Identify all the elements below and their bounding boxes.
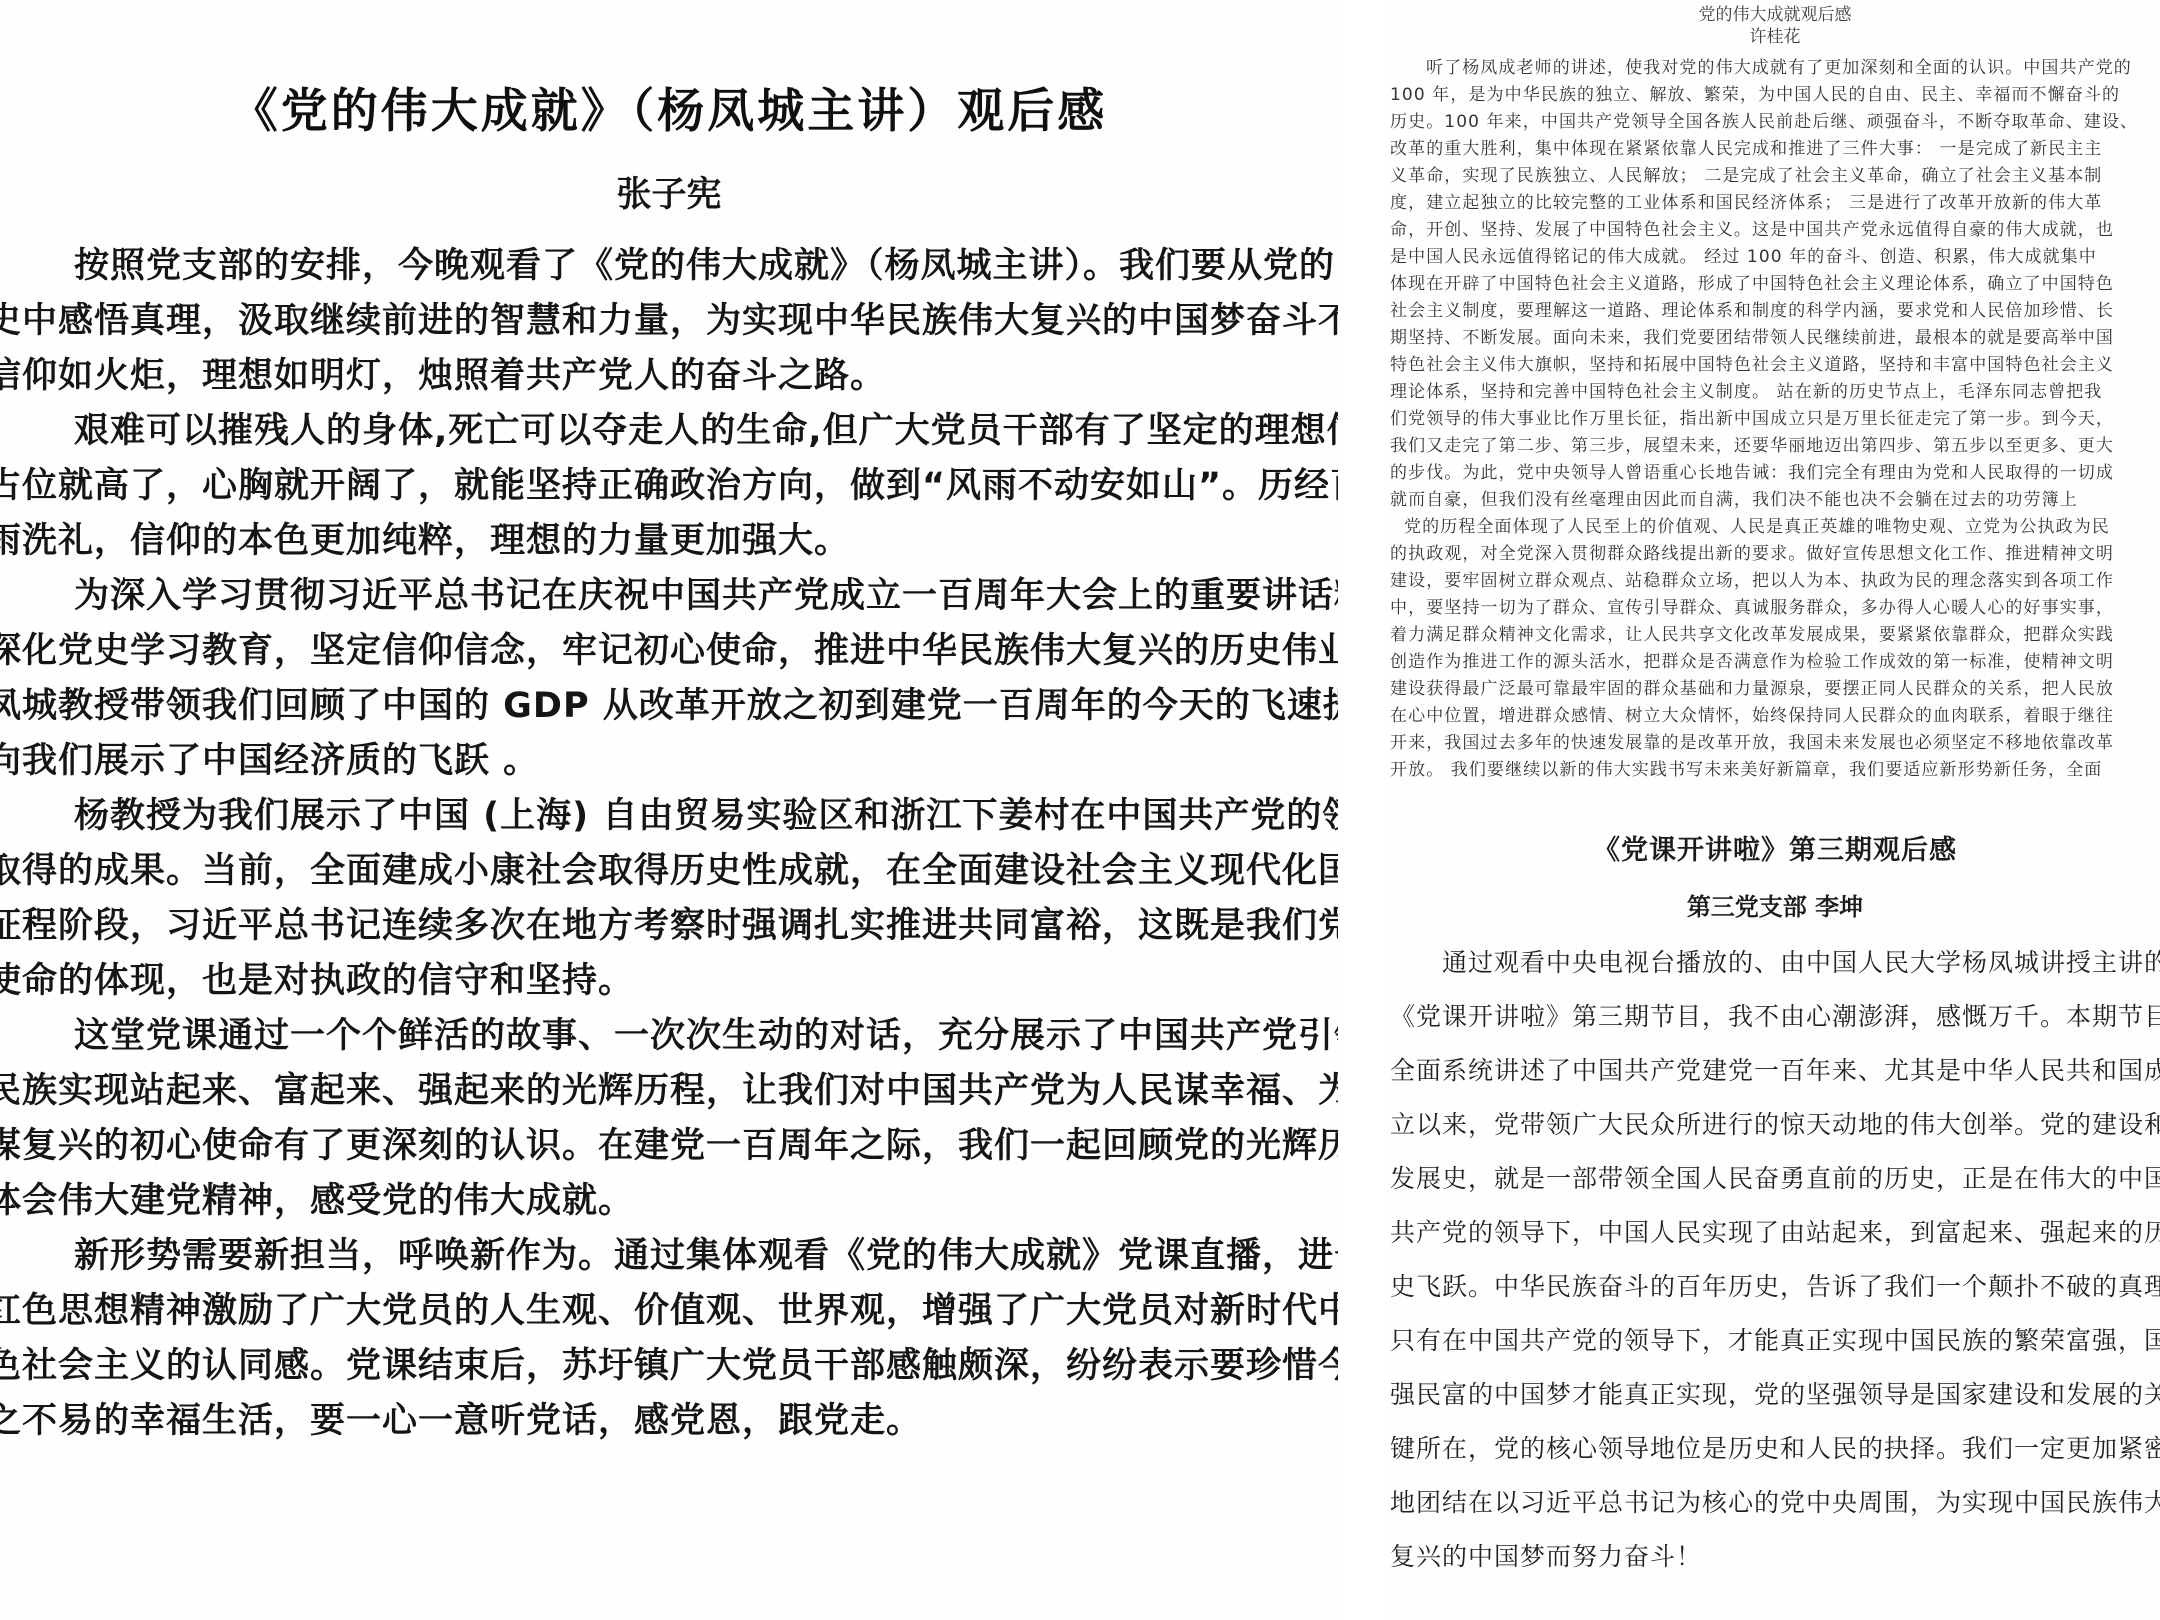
text-line: 通过观看中央电视台播放的、由中国人民大学杨凤城讲授主讲的	[1390, 936, 2160, 990]
text-line: 红色思想精神激励了广大党员的人生观、价值观、世界观，增强了广大党员对新时代中	[0, 1284, 1338, 1339]
text-line: 听了杨凤成老师的讲述，使我对党的伟大成就有了更加深刻和全面的认识。中国共产党的	[1390, 55, 2160, 82]
text-line: 之不易的幸福生活，要一心一意听党话，感党恩，跟党走。	[0, 1394, 1338, 1449]
text-line: 新形势需要新担当，呼唤新作为。通过集体观看《党的伟大成就》党课直播，进一	[0, 1229, 1338, 1284]
text-line: 深化党史学习教育，坚定信仰信念，牢记初心使命，推进中华民族伟大复兴的历史伟业	[0, 624, 1338, 679]
section2-body: 通过观看中央电视台播放的、由中国人民大学杨凤城讲授主讲的《党课开讲啦》第三期节目…	[1390, 936, 2160, 1584]
text-line: 的步伐。为此，党中央领导人曾语重心长地告诫：我们完全有理由为党和人民取得的一切成	[1390, 460, 2160, 487]
text-line: 雨洗礼，信仰的本色更加纯粹，理想的力量更加强大。	[0, 514, 1338, 569]
section1-title: 党的伟大成就观后感	[1390, 4, 2160, 26]
text-line: 地团结在以习近平总书记为核心的党中央周围，为实现中国民族伟大	[1390, 1476, 2160, 1530]
text-line: 期坚持、不断发展。面向未来，我们党要团结带领人民继续前进，最根本的就是要高举中国	[1390, 325, 2160, 352]
section2-author: 第三党支部 李坤	[1390, 887, 2160, 922]
section2-title: 《党课开讲啦》第三期观后感	[1390, 828, 2160, 867]
text-line: 的执政观，对全党深入贯彻群众路线提出新的要求。做好宣传思想文化工作、推进精神文明	[1390, 541, 2160, 568]
text-line: 建设获得最广泛最可靠最牢固的群众基础和力量源泉，要摆正同人民群众的关系，把人民放	[1390, 676, 2160, 703]
section1-body: 听了杨凤成老师的讲述，使我对党的伟大成就有了更加深刻和全面的认识。中国共产党的1…	[1390, 55, 2160, 784]
text-line: 开来，我国过去多年的快速发展靠的是改革开放，我国未来发展也必须坚定不移地依靠改革	[1390, 730, 2160, 757]
text-line: 复兴的中国梦而努力奋斗！	[1390, 1530, 2160, 1584]
right-essay-section2: 《党课开讲啦》第三期观后感 第三党支部 李坤 通过观看中央电视台播放的、由中国人…	[1390, 828, 2160, 1584]
text-line: 在心中位置，增进群众感情、树立大众情怀，始终保持同人民群众的血肉联系，着眼于继往	[1390, 703, 2160, 730]
text-line: 为深入学习贯彻习近平总书记在庆祝中国共产党成立一百周年大会上的重要讲话精	[0, 569, 1338, 624]
text-line: 度，建立起独立的比较完整的工业体系和国民经济体系； 三是进行了改革开放新的伟大革	[1390, 190, 2160, 217]
text-line: 们党领导的伟大事业比作万里长征，指出新中国成立只是万里长征走完了第一步。到今天，	[1390, 406, 2160, 433]
text-line: 取得的成果。当前，全面建成小康社会取得历史性成就，在全面建设社会主义现代化国	[0, 844, 1338, 899]
text-line: 就而自豪，但我们没有丝毫理由因此而自满，我们决不能也决不会躺在过去的功劳簿上	[1390, 487, 2160, 514]
text-line: 占位就高了，心胸就开阔了，就能坚持正确政治方向，做到“风雨不动安如山”。历经百	[0, 459, 1338, 514]
text-line: 开放。 我们要继续以新的伟大实践书写未来美好新篇章，我们要适应新形势新任务，全面	[1390, 757, 2160, 784]
left-essay-body: 按照党支部的安排，今晚观看了《党的伟大成就》（杨凤城主讲）。我们要从党的史中感悟…	[0, 239, 1338, 1449]
section1-author: 许桂花	[1390, 26, 2160, 48]
right-essay-document: 党的伟大成就观后感 许桂花 听了杨凤成老师的讲述，使我对党的伟大成就有了更加深刻…	[1390, 0, 2160, 1620]
text-line: 理论体系，坚持和完善中国特色社会主义制度。 站在新的历史节点上，毛泽东同志曾把我	[1390, 379, 2160, 406]
text-line: 这堂党课通过一个个鲜活的故事、一次次生动的对话，充分展示了中国共产党引领	[0, 1009, 1338, 1064]
text-line: 100 年，是为中华民族的独立、解放、繁荣，为中国人民的自由、民主、幸福而不懈奋…	[1390, 82, 2160, 109]
text-line: 历史。100 年来，中国共产党领导全国各族人民前赴后继、顽强奋斗，不断夺取革命、…	[1390, 109, 2160, 136]
text-line: 立以来，党带领广大民众所进行的惊天动地的伟大创举。党的建设和	[1390, 1098, 2160, 1152]
text-line: 征程阶段，习近平总书记连续多次在地方考察时强调扎实推进共同富裕，这既是我们党	[0, 899, 1338, 954]
text-line: 体现在开辟了中国特色社会主义道路，形成了中国特色社会主义理论体系，确立了中国特色	[1390, 271, 2160, 298]
text-line: 改革的重大胜利，集中体现在紧紧依靠人民完成和推进了三件大事： 一是完成了新民主主	[1390, 136, 2160, 163]
text-line: 建设，要牢固树立群众观点、站稳群众立场，把以人为本、执政为民的理念落实到各项工作	[1390, 568, 2160, 595]
text-line: 命，开创、坚持、发展了中国特色社会主义。这是中国共产党永远值得自豪的伟大成就，也	[1390, 217, 2160, 244]
text-line: 《党课开讲啦》第三期节目，我不由心潮澎湃，感慨万千。本期节目	[1390, 990, 2160, 1044]
right-essay-section1: 党的伟大成就观后感 许桂花 听了杨凤成老师的讲述，使我对党的伟大成就有了更加深刻…	[1390, 4, 2160, 784]
text-line: 信仰如火炬，理想如明灯，烛照着共产党人的奋斗之路。	[0, 349, 1338, 404]
text-line: 发展史，就是一部带领全国人民奋勇直前的历史，正是在伟大的中国	[1390, 1152, 2160, 1206]
text-line: 谋复兴的初心使命有了更深刻的认识。在建党一百周年之际，我们一起回顾党的光辉历	[0, 1119, 1338, 1174]
left-essay-title: 《党的伟大成就》（杨凤城主讲）观后感	[0, 74, 1338, 141]
text-line: 只有在中国共产党的领导下，才能真正实现中国民族的繁荣富强，国	[1390, 1314, 2160, 1368]
text-line: 史中感悟真理，汲取继续前进的智慧和力量，为实现中华民族伟大复兴的中国梦奋斗不	[0, 294, 1338, 349]
text-line: 共产党的领导下，中国人民实现了由站起来，到富起来、强起来的历	[1390, 1206, 2160, 1260]
text-line: 色社会主义的认同感。党课结束后，苏圩镇广大党员干部感触颇深，纷纷表示要珍惜今	[0, 1339, 1338, 1394]
text-line: 义革命，实现了民族独立、人民解放； 二是完成了社会主义革命，确立了社会主义基本制	[1390, 163, 2160, 190]
text-line: 向我们展示了中国经济质的飞跃 。	[0, 734, 1338, 789]
scanned-documents-page: 《党的伟大成就》（杨凤城主讲）观后感 张子宪 按照党支部的安排，今晚观看了《党的…	[0, 0, 2160, 1620]
text-line: 杨教授为我们展示了中国 (上海) 自由贸易实验区和浙江下姜村在中国共产党的领	[0, 789, 1338, 844]
text-line: 键所在，党的核心领导地位是历史和人民的抉择。我们一定更加紧密	[1390, 1422, 2160, 1476]
text-line: 史飞跃。中华民族奋斗的百年历史，告诉了我们一个颠扑不破的真理，	[1390, 1260, 2160, 1314]
text-line: 党的历程全面体现了人民至上的价值观、人民是真正英雄的唯物史观、立党为公执政为民	[1390, 514, 2160, 541]
text-line: 强民富的中国梦才能真正实现，党的坚强领导是国家建设和发展的关	[1390, 1368, 2160, 1422]
text-line: 着力满足群众精神文化需求，让人民共享文化改革发展成果，要紧紧依靠群众，把群众实践	[1390, 622, 2160, 649]
text-line: 社会主义制度，要理解这一道路、理论体系和制度的科学内涵，要求党和人民倍加珍惜、长	[1390, 298, 2160, 325]
text-line: 凤城教授带领我们回顾了中国的 GDP 从改革开放之初到建党一百周年的今天的飞速提	[0, 679, 1338, 734]
left-essay-document: 《党的伟大成就》（杨凤城主讲）观后感 张子宪 按照党支部的安排，今晚观看了《党的…	[0, 0, 1338, 1620]
text-line: 按照党支部的安排，今晚观看了《党的伟大成就》（杨凤城主讲）。我们要从党的	[0, 239, 1338, 294]
text-line: 特色社会主义伟大旗帜，坚持和拓展中国特色社会主义道路，坚持和丰富中国特色社会主义	[1390, 352, 2160, 379]
text-line: 中，要坚持一切为了群众、宣传引导群众、真诚服务群众，多办得人心暖人心的好事实事，	[1390, 595, 2160, 622]
text-line: 全面系统讲述了中国共产党建党一百年来、尤其是中华人民共和国成	[1390, 1044, 2160, 1098]
text-line: 我们又走完了第二步、第三步，展望未来，还要华丽地迈出第四步、第五步以至更多、更大	[1390, 433, 2160, 460]
text-line: 创造作为推进工作的源头活水，把群众是否满意作为检验工作成效的第一标准，使精神文明	[1390, 649, 2160, 676]
left-essay-author: 张子宪	[0, 167, 1338, 217]
text-line: 使命的体现，也是对执政的信守和坚持。	[0, 954, 1338, 1009]
text-line: 民族实现站起来、富起来、强起来的光辉历程，让我们对中国共产党为人民谋幸福、为	[0, 1064, 1338, 1119]
text-line: 艰难可以摧残人的身体,死亡可以夺走人的生命,但广大党员干部有了坚定的理想信	[0, 404, 1338, 459]
text-line: 体会伟大建党精神，感受党的伟大成就。	[0, 1174, 1338, 1229]
text-line: 是中国人民永远值得铭记的伟大成就。 经过 100 年的奋斗、创造、积累，伟大成就…	[1390, 244, 2160, 271]
